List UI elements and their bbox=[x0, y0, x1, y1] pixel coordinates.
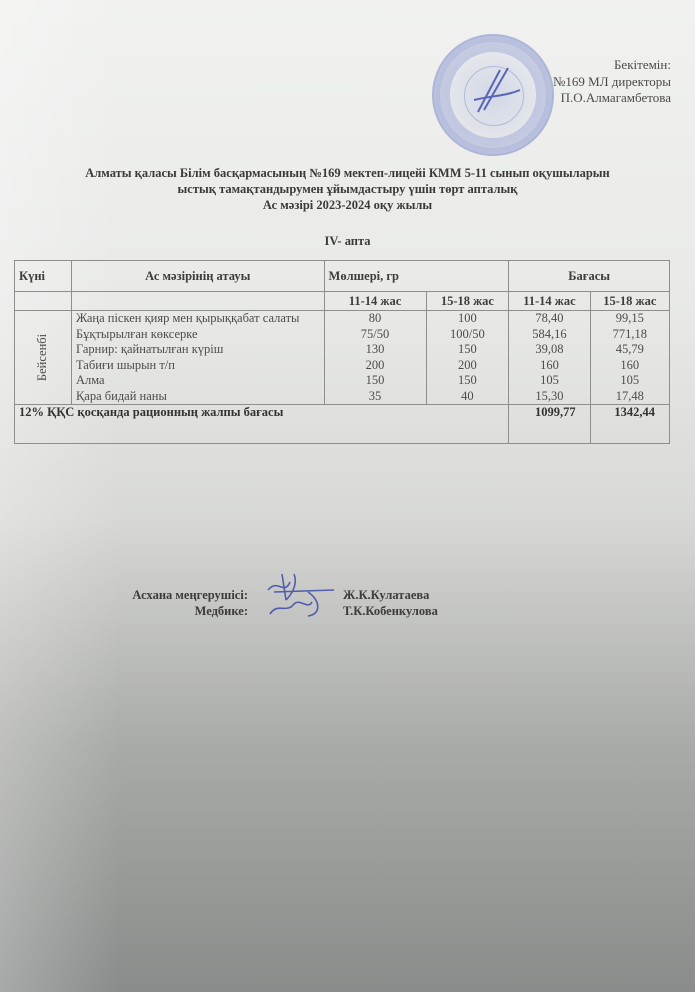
header-empty-2 bbox=[71, 292, 324, 311]
amount-value: 130 bbox=[329, 342, 422, 358]
dish-name: Жаңа піскен қияр мен қырыққабат салаты bbox=[76, 311, 320, 327]
amount-value: 40 bbox=[431, 389, 505, 405]
prices-age2: 99,15 771,18 45,79 160 105 17,48 bbox=[590, 311, 669, 405]
prices-age1: 78,40 584,16 39,08 160 105 15,30 bbox=[509, 311, 590, 405]
header-day: Күні bbox=[15, 261, 72, 292]
approval-line-2: №169 МЛ директоры bbox=[553, 74, 671, 91]
amount-value: 35 bbox=[329, 389, 422, 405]
dish-name: Алма bbox=[76, 373, 320, 389]
signature-name: Ж.К.Кулатаева bbox=[343, 588, 429, 603]
approval-line-3: П.О.Алмагамбетова bbox=[553, 90, 671, 107]
amount-value: 200 bbox=[329, 358, 422, 374]
signature-role: Медбике: bbox=[100, 604, 248, 619]
price-value: 78,40 bbox=[513, 311, 585, 327]
price-value: 105 bbox=[595, 373, 665, 389]
director-signature bbox=[470, 60, 530, 120]
amount-value: 100 bbox=[431, 311, 505, 327]
document-title: Алматы қаласы Білім басқармасының №169 м… bbox=[0, 165, 695, 213]
signature-row: Асхана меңгерушісі: Ж.К.Кулатаева bbox=[100, 588, 248, 603]
dish-name: Гарнир: қайнатылған күріш bbox=[76, 342, 320, 358]
signature-role: Асхана меңгерушісі: bbox=[100, 588, 248, 603]
amount-value: 150 bbox=[431, 373, 505, 389]
header-amount-age2: 15-18 жас bbox=[426, 292, 509, 311]
price-value: 17,48 bbox=[595, 389, 665, 405]
amount-value: 75/50 bbox=[329, 327, 422, 343]
total-price-age2: 1342,44 bbox=[590, 405, 669, 444]
header-price-age1: 11-14 жас bbox=[509, 292, 590, 311]
header-amount: Мөлшері, гр bbox=[324, 261, 509, 292]
title-line-3: Ас мәзірі 2023-2024 оқу жылы bbox=[0, 197, 695, 213]
dish-name: Бұқтырылған көксерке bbox=[76, 327, 320, 343]
header-dish: Ас мәзірінің атауы bbox=[71, 261, 324, 292]
header-amount-age1: 11-14 жас bbox=[324, 292, 426, 311]
title-line-1: Алматы қаласы Білім басқармасының №169 м… bbox=[0, 165, 695, 181]
price-value: 771,18 bbox=[595, 327, 665, 343]
week-label: IV- апта bbox=[0, 234, 695, 249]
header-price: Бағасы bbox=[509, 261, 670, 292]
price-value: 584,16 bbox=[513, 327, 585, 343]
staff-signatures bbox=[264, 570, 344, 620]
approval-line-1: Бекітемін: bbox=[553, 57, 671, 74]
price-value: 45,79 bbox=[595, 342, 665, 358]
approval-block: Бекітемін: №169 МЛ директоры П.О.Алмагам… bbox=[553, 57, 671, 107]
header-price-age2: 15-18 жас bbox=[590, 292, 669, 311]
amount-value: 100/50 bbox=[431, 327, 505, 343]
price-value: 105 bbox=[513, 373, 585, 389]
day-cell: Бейсенбі bbox=[15, 311, 72, 405]
dish-name: Қара бидай наны bbox=[76, 389, 320, 405]
total-price-age1: 1099,77 bbox=[509, 405, 590, 444]
price-value: 39,08 bbox=[513, 342, 585, 358]
price-value: 160 bbox=[513, 358, 585, 374]
amounts-age2: 100 100/50 150 200 150 40 bbox=[426, 311, 509, 405]
total-row: 12% ҚҚС қосқанда рационның жалпы бағасы … bbox=[15, 405, 670, 444]
price-value: 99,15 bbox=[595, 311, 665, 327]
header-row-1: Күні Ас мәзірінің атауы Мөлшері, гр Баға… bbox=[15, 261, 670, 292]
price-value: 15,30 bbox=[513, 389, 585, 405]
day-label: Бейсенбі bbox=[35, 334, 50, 381]
amounts-age1: 80 75/50 130 200 150 35 bbox=[324, 311, 426, 405]
table-row: Бейсенбі Жаңа піскен қияр мен қырыққабат… bbox=[15, 311, 670, 405]
price-value: 160 bbox=[595, 358, 665, 374]
amount-value: 200 bbox=[431, 358, 505, 374]
signature-name: Т.К.Кобенкулова bbox=[343, 604, 438, 619]
lighting-shade bbox=[0, 0, 120, 992]
dish-name: Табиғи шырын т/п bbox=[76, 358, 320, 374]
amount-value: 150 bbox=[431, 342, 505, 358]
header-empty-1 bbox=[15, 292, 72, 311]
amount-value: 150 bbox=[329, 373, 422, 389]
total-label: 12% ҚҚС қосқанда рационның жалпы бағасы bbox=[15, 405, 509, 444]
header-row-2: 11-14 жас 15-18 жас 11-14 жас 15-18 жас bbox=[15, 292, 670, 311]
amount-value: 80 bbox=[329, 311, 422, 327]
title-line-2: ыстық тамақтандырумен ұйымдастыру үшін т… bbox=[0, 181, 695, 197]
signature-row: Медбике: Т.К.Кобенкулова bbox=[100, 604, 248, 619]
menu-table: Күні Ас мәзірінің атауы Мөлшері, гр Баға… bbox=[14, 260, 670, 444]
dish-names: Жаңа піскен қияр мен қырыққабат салаты Б… bbox=[71, 311, 324, 405]
